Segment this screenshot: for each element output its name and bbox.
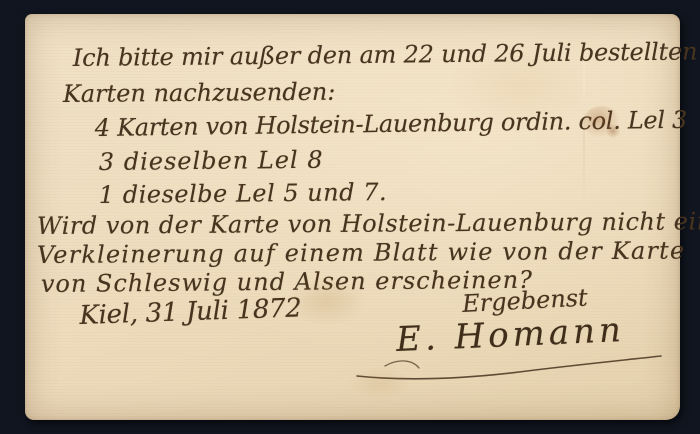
photo-background: Ich bitte mir außer den am 22 und 26 Jul… bbox=[0, 0, 700, 434]
postcard: Ich bitte mir außer den am 22 und 26 Jul… bbox=[25, 14, 680, 420]
paper-smudge bbox=[287, 276, 367, 326]
letter-opening-line-2: Karten nachzusenden: bbox=[63, 78, 336, 108]
question-line-1: Wird von der Karte von Holstein-Lauenbur… bbox=[37, 207, 700, 240]
order-item-2: 3 dieselben Lel 8 bbox=[99, 146, 324, 176]
order-item-3: 1 dieselbe Lel 5 und 7. bbox=[99, 178, 387, 209]
question-line-2: Verkleinerung auf einem Blatt wie von de… bbox=[37, 236, 686, 269]
letter-opening-line-1: Ich bitte mir außer den am 22 und 26 Jul… bbox=[73, 37, 698, 72]
paper-smudge-bottom bbox=[347, 366, 413, 400]
dateline: Kiel, 31 Juli 1872 bbox=[79, 293, 302, 331]
ink-stain-small bbox=[605, 124, 621, 138]
signature: E. Homann bbox=[395, 310, 625, 360]
